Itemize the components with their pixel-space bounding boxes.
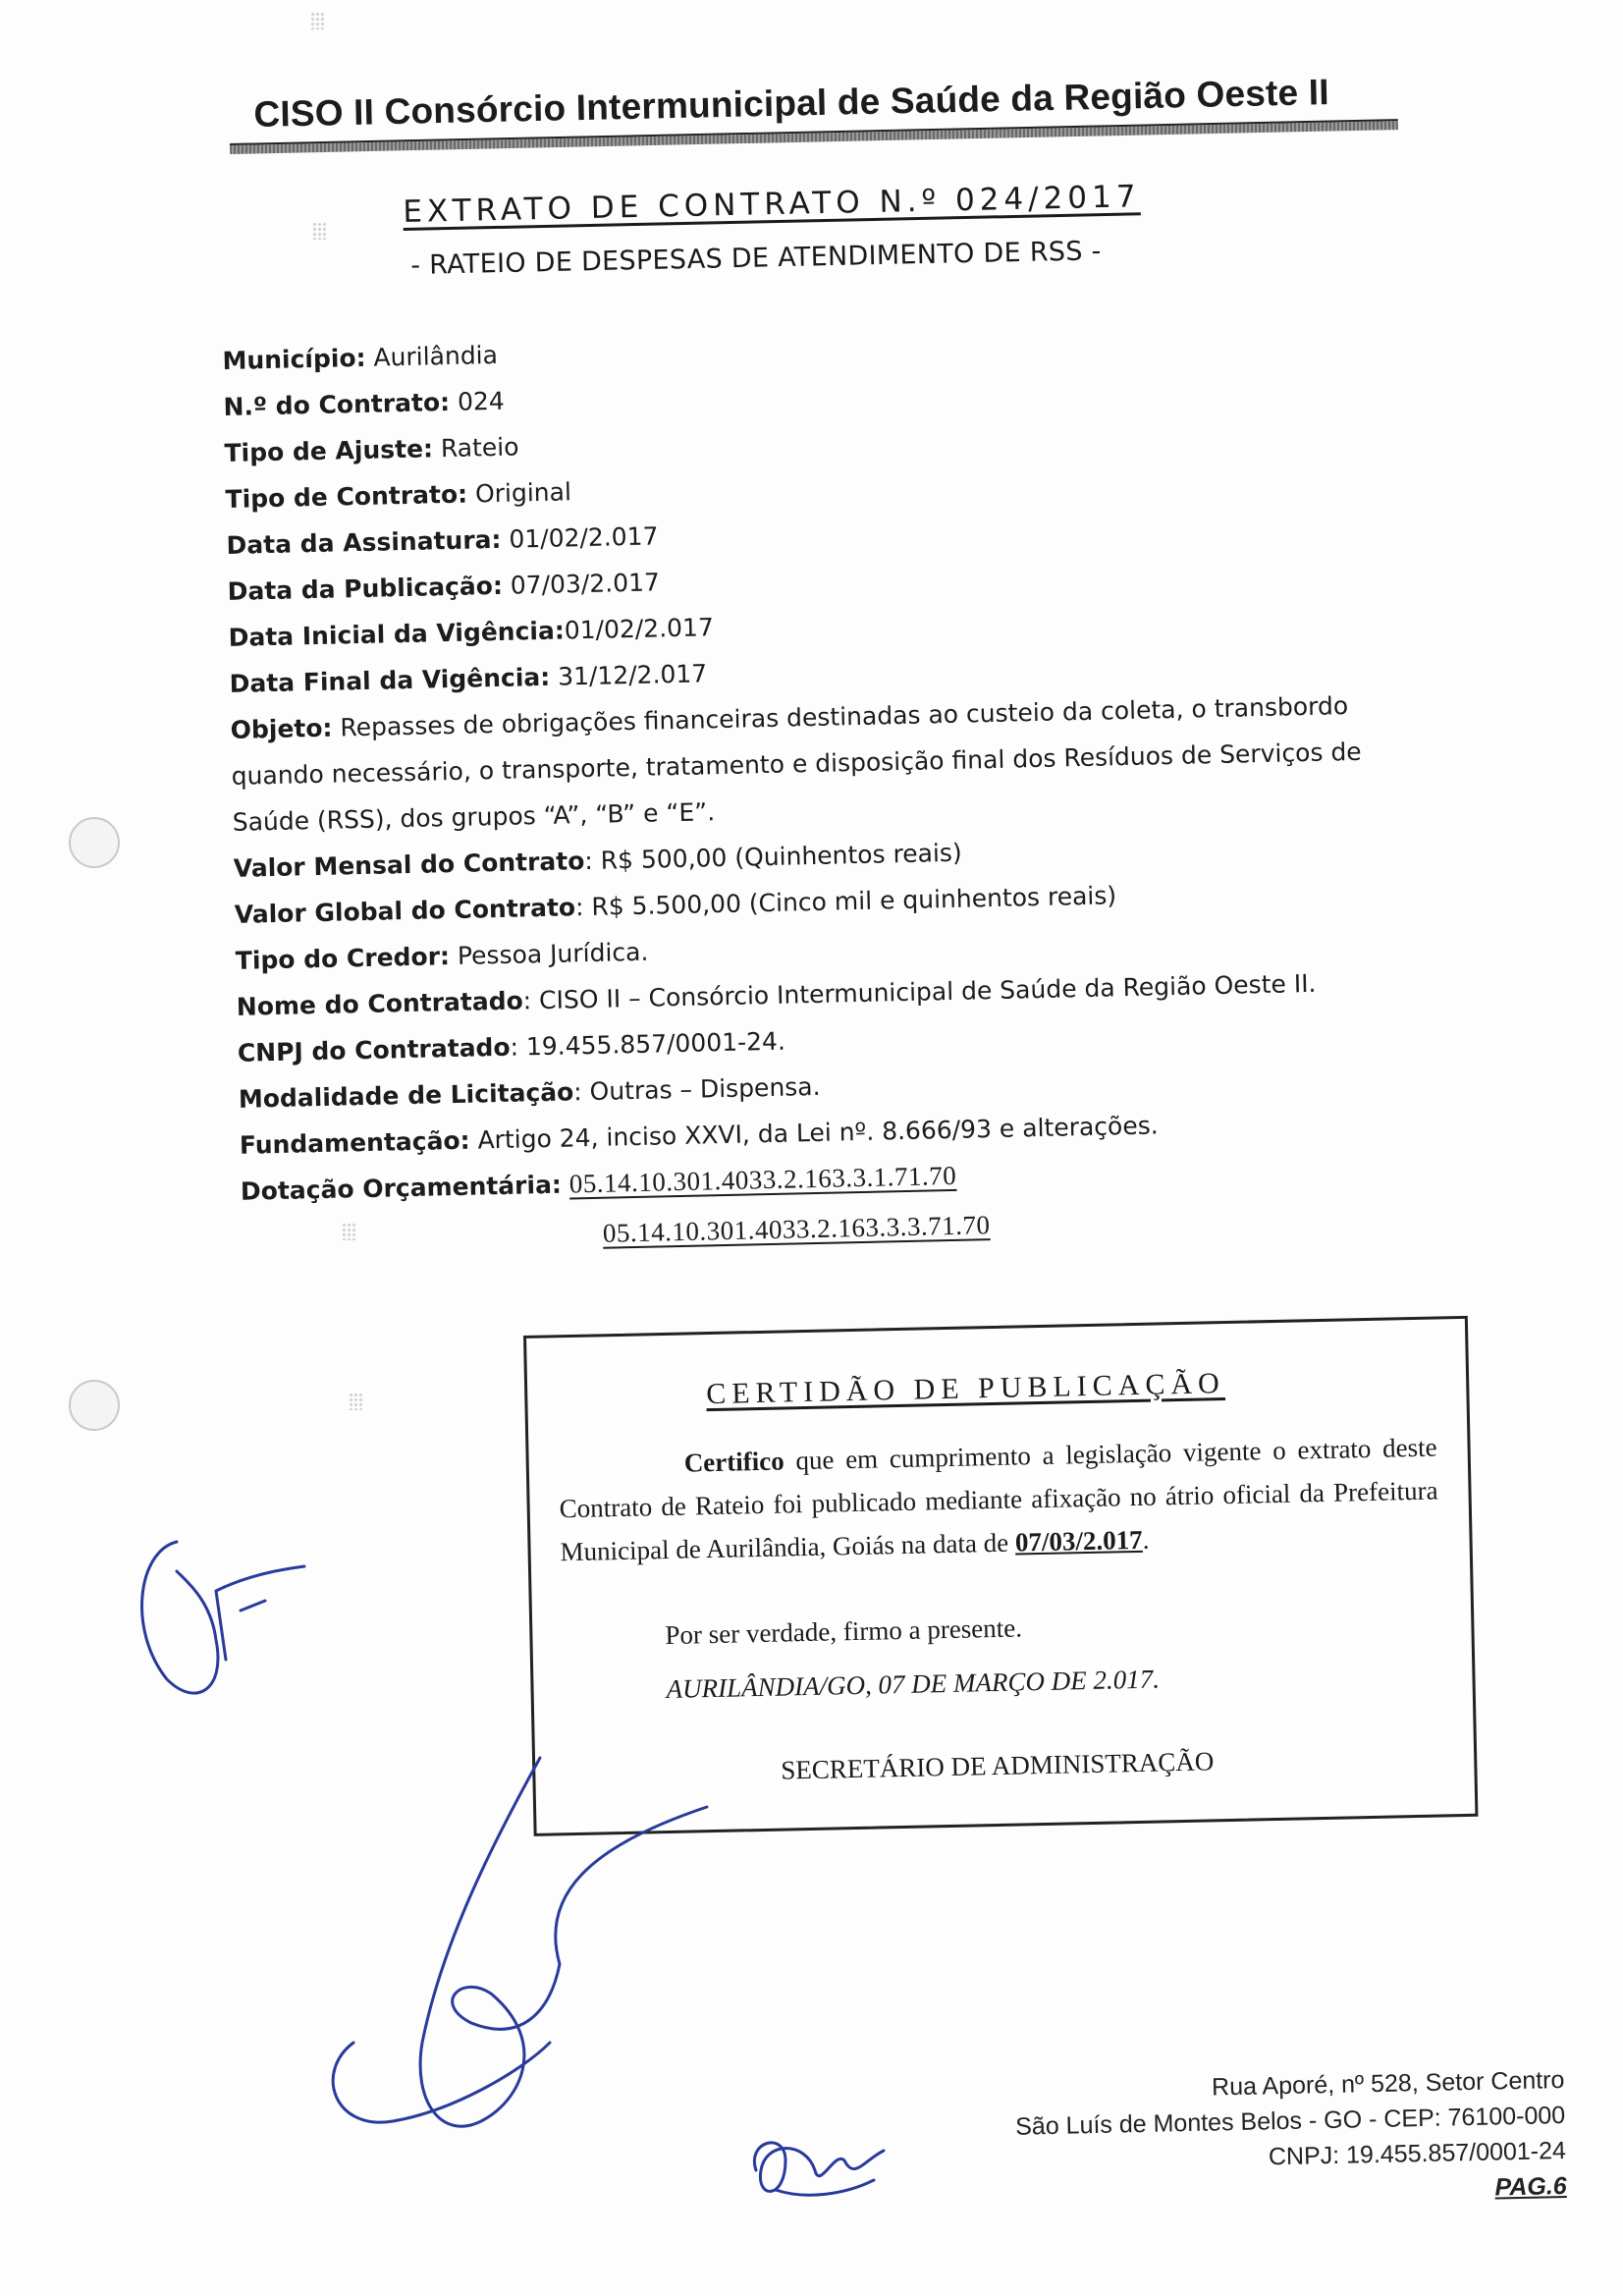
field-label: Fundamentação: bbox=[240, 1126, 470, 1160]
field-label: Data da Assinatura: bbox=[226, 525, 501, 560]
field-label: Data da Publicação: bbox=[227, 572, 503, 606]
field-label: Tipo de Ajuste: bbox=[224, 434, 433, 467]
certificate-place-date: AURILÂNDIA/GO, 07 DE MARÇO DE 2.017. bbox=[666, 1665, 1160, 1706]
scanned-document-page: CISO II Consórcio Intermunicipal de Saúd… bbox=[0, 0, 1623, 2296]
footer-contact: Rua Aporé, nº 528, Setor Centro São Luís… bbox=[877, 2062, 1567, 2218]
field-value: 01/02/2.017 bbox=[501, 521, 659, 553]
field-value: : R$ 5.500,00 (Cinco mil e quinhentos re… bbox=[575, 881, 1117, 921]
field-value: 024 bbox=[450, 387, 505, 416]
document-subtitle: - RATEIO DE DESPESAS DE ATENDIMENTO DE R… bbox=[410, 232, 1294, 281]
field-value: Rateio bbox=[433, 432, 519, 463]
handwritten-initials bbox=[118, 1512, 334, 1728]
handwritten-signature bbox=[295, 1748, 746, 2160]
field-value: : R$ 500,00 (Quinhentos reais) bbox=[584, 839, 962, 875]
punch-hole bbox=[69, 1380, 120, 1431]
field-value: : CISO II – Consórcio Intermunicipal de … bbox=[522, 969, 1316, 1015]
field-value: Repasses de obrigações financeiras desti… bbox=[231, 691, 1362, 837]
contract-fields: Município: Aurilândia N.º do Contrato: 0… bbox=[222, 311, 1459, 1265]
certificate-body: Certifico que em cumprimento a legislaçã… bbox=[558, 1426, 1439, 1574]
punch-hole bbox=[69, 817, 120, 868]
budget-code: 05.14.10.301.4033.2.163.3.3.71.70 bbox=[603, 1210, 991, 1248]
field-label: Valor Global do Contrato bbox=[234, 893, 575, 929]
scan-speck bbox=[349, 1393, 362, 1410]
field-label: Objeto: bbox=[230, 714, 332, 744]
certificate-title: CERTIDÃO DE PUBLICAÇÃO bbox=[706, 1367, 1225, 1411]
field-value: 07/03/2.017 bbox=[503, 568, 661, 599]
budget-code: 05.14.10.301.4033.2.163.3.1.71.70 bbox=[568, 1161, 956, 1199]
field-label: Dotação Orçamentária: bbox=[241, 1171, 563, 1206]
handwritten-rubric bbox=[736, 2111, 893, 2219]
field-value: : Outras – Dispensa. bbox=[573, 1072, 821, 1106]
scan-speck bbox=[312, 222, 326, 240]
field-value: Original bbox=[467, 477, 571, 508]
field-value: Pessoa Jurídica. bbox=[450, 938, 649, 970]
field-label: N.º do Contrato: bbox=[223, 388, 450, 421]
field-object: Objeto: Repasses de obrigações financeir… bbox=[230, 681, 1426, 845]
field-label: Tipo do Credor: bbox=[236, 942, 451, 975]
field-label: Data Final da Vigência: bbox=[229, 663, 550, 698]
certificate-lead: Certifico bbox=[683, 1446, 784, 1477]
field-label: Valor Mensal do Contrato bbox=[233, 847, 584, 883]
certificate-signer: SECRETÁRIO DE ADMINISTRAÇÃO bbox=[781, 1746, 1215, 1785]
certificate-date: 07/03/2.017 bbox=[1015, 1525, 1143, 1558]
field-value: 31/12/2.017 bbox=[550, 659, 708, 690]
field-label: Nome do Contratado bbox=[237, 986, 524, 1020]
field-value: 01/02/2.017 bbox=[564, 613, 714, 644]
field-label: CNPJ do Contratado bbox=[238, 1033, 511, 1067]
field-value: : 19.455.857/0001-24. bbox=[510, 1027, 785, 1062]
certificate-closing: Por ser verdade, firmo a presente. bbox=[665, 1613, 1022, 1651]
certificate-date-suffix: . bbox=[1142, 1525, 1149, 1555]
field-value: Aurilândia bbox=[365, 341, 498, 372]
field-label: Modalidade de Licitação bbox=[239, 1077, 574, 1113]
scan-speck bbox=[310, 12, 324, 29]
document-title: EXTRATO DE CONTRATO N.º 024/2017 bbox=[403, 177, 1258, 230]
field-value: Artigo 24, inciso XXVI, da Lei nº. 8.666… bbox=[469, 1111, 1159, 1154]
field-label: Tipo de Contrato: bbox=[225, 480, 467, 514]
field-label: Data Inicial da Vigência: bbox=[228, 616, 565, 651]
field-label: Município: bbox=[222, 344, 366, 375]
